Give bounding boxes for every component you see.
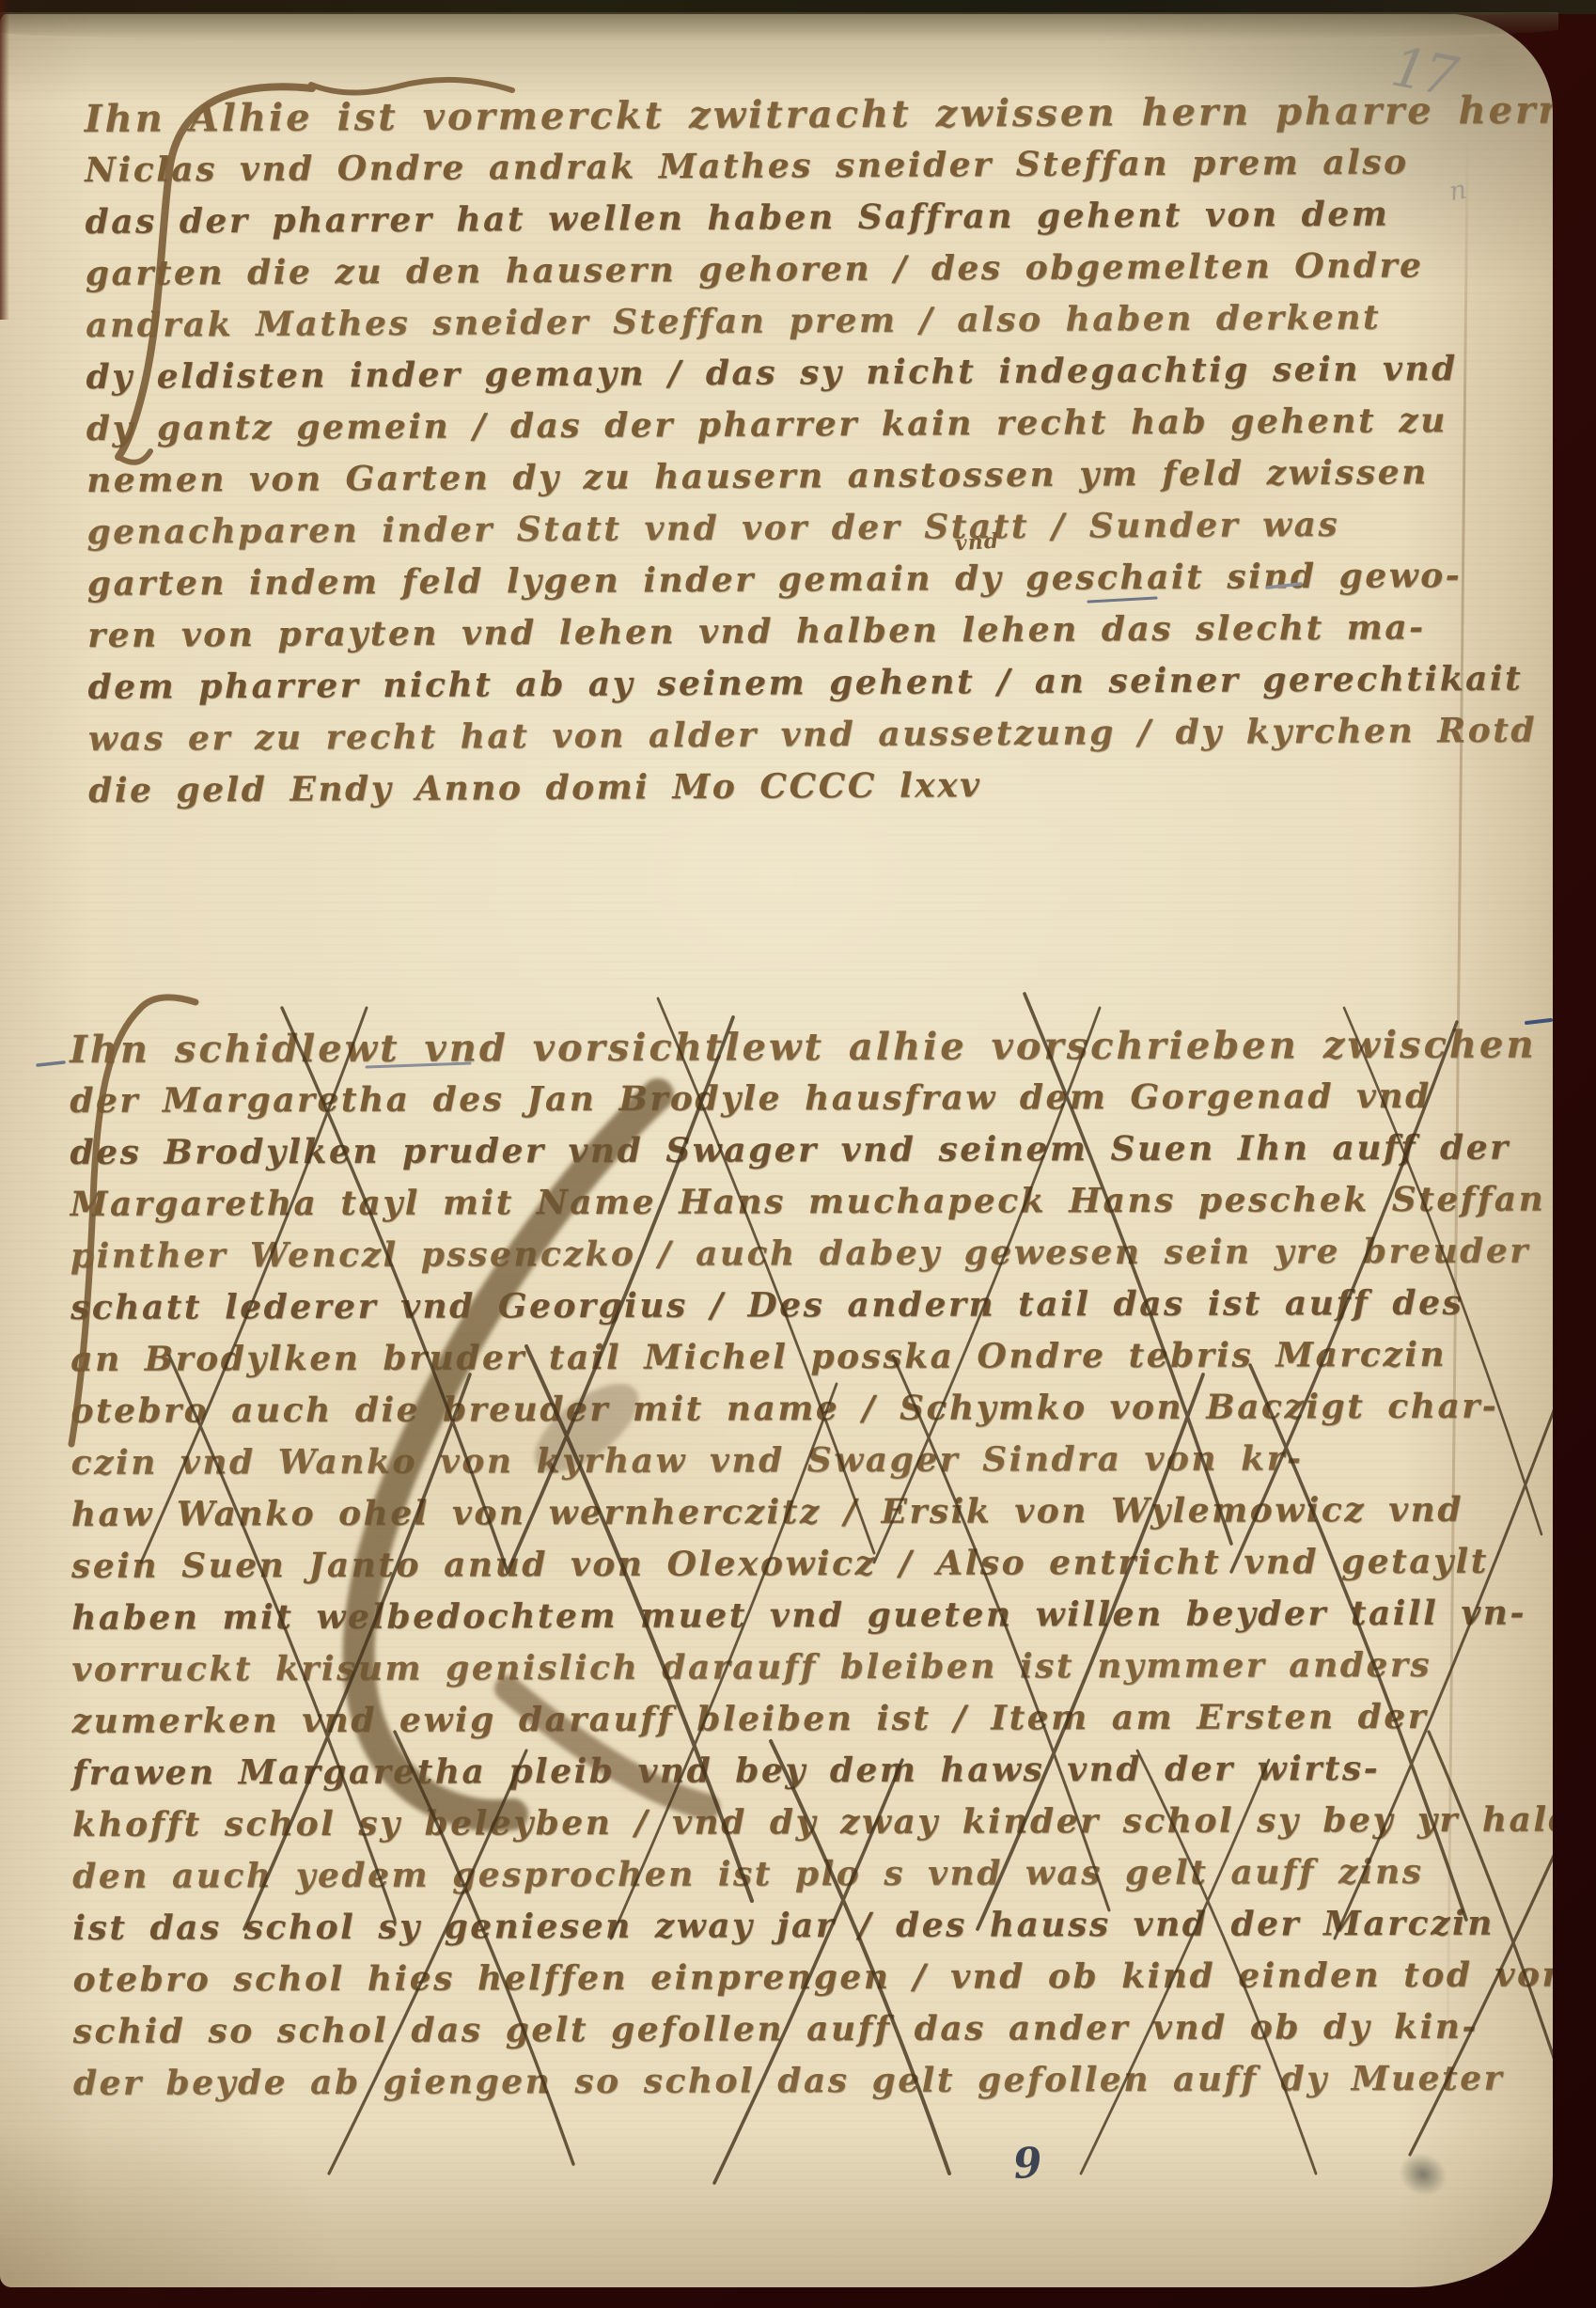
manuscript-entry-2-cancelled: Ihn schidlewt vnd vorsichtlewt alhie vor… (70, 1018, 1553, 2110)
corner-stain (1392, 2145, 1453, 2203)
manuscript-line: vorruckt krisum genislich darauff bleibe… (71, 1639, 1553, 1696)
manuscript-line: der beyde ab giengen so schol das gelt g… (73, 2052, 1553, 2110)
interlinear-insertion: vnd (954, 528, 1000, 556)
manuscript-line: sein Suen Janto anud von Olexowicz / Als… (71, 1535, 1553, 1593)
manuscript-line: dy gantz gemein / das der pharrer kain r… (86, 394, 1553, 455)
manuscript-line: pinther Wenczl pssenczko / auch dabey ge… (70, 1225, 1553, 1282)
manuscript-entry-1: Ihn Alhie ist vormerckt zwitracht zwisse… (85, 84, 1553, 817)
manuscript-line: andrak Mathes sneider Steffan prem / als… (86, 290, 1553, 352)
binding-left-sliver (0, 0, 9, 320)
manuscript-line: haw Wanko ohel von wernherczitz / Ersik … (71, 1484, 1553, 1541)
photo-backdrop: Ihn Alhie ist vormerckt zwitracht zwisse… (0, 0, 1596, 2308)
manuscript-line: ist das schol sy geniesen zway jar / des… (72, 1897, 1553, 1955)
manuscript-line: garten indem feld lygen inder gemain dy … (87, 549, 1553, 610)
folio-number-pencil: 17 (1386, 34, 1460, 108)
manuscript-line: den auch yedem gesprochen ist plo s vnd … (72, 1845, 1553, 1903)
manuscript-line: khofft schol sy beleyben / vnd dy zway k… (72, 1794, 1553, 1851)
manuscript-line: garten die zu den hausern gehoren / des … (86, 239, 1553, 300)
manuscript-line: Niclas vnd Ondre andrak Mathes sneider S… (85, 135, 1553, 196)
manuscript-line: haben mit welbedochtem muet vnd gueten w… (71, 1587, 1553, 1644)
manuscript-line: frawen Margaretha pleib vnd bey dem haws… (72, 1742, 1553, 1799)
manuscript-line: Margaretha tayl mit Name Hans muchapeck … (70, 1173, 1553, 1231)
manuscript-page: Ihn Alhie ist vormerckt zwitracht zwisse… (0, 13, 1553, 2287)
manuscript-line: genachparen inder Statt vnd vor der Stat… (86, 497, 1553, 558)
manuscript-line: nemen von Garten dy zu hausern anstossen… (86, 446, 1553, 507)
manuscript-line: schid so schol das gelt gefollen auff da… (73, 2001, 1553, 2058)
manuscript-line: czin vnd Wanko von kyrhaw vnd Swager Sin… (71, 1432, 1553, 1489)
manuscript-line: otebro schol hies helffen einprengen / v… (72, 1949, 1553, 2006)
manuscript-line: des Brodylken pruder vnd Swager vnd sein… (70, 1122, 1553, 1179)
manuscript-line: der Margaretha des Jan Brodyle hausfraw … (70, 1070, 1553, 1127)
manuscript-line: was er zu recht hat von alder vnd ausset… (88, 704, 1553, 765)
manuscript-line: zumerken vnd ewig darauff bleiben ist / … (71, 1690, 1553, 1748)
manuscript-line: Ihn Alhie ist vormerckt zwitracht zwisse… (85, 84, 1553, 145)
manuscript-line: dem pharrer nicht ab ay seinem gehent / … (87, 652, 1553, 714)
manuscript-line: schatt lederer vnd Georgius / Des andern… (70, 1277, 1553, 1334)
manuscript-line: otebro auch die breuder mit name / Schym… (70, 1380, 1553, 1437)
manuscript-line: ren von prayten vnd lehen vnd halben leh… (87, 601, 1553, 662)
page-number-bottom: 9 (1011, 2139, 1044, 2189)
page-top-shadow (0, 12, 1558, 40)
manuscript-line: dy eldisten inder gemayn / das sy nicht … (86, 342, 1553, 403)
manuscript-line: das der pharrer hat wellen haben Saffran… (85, 187, 1553, 248)
manuscript-line: Ihn schidlewt vnd vorsichtlewt alhie vor… (70, 1018, 1553, 1075)
manuscript-line: die geld Endy Anno domi Mo CCCC lxxv (88, 756, 1553, 817)
manuscript-line: an Brodylken bruder tail Michel posska O… (70, 1328, 1553, 1386)
